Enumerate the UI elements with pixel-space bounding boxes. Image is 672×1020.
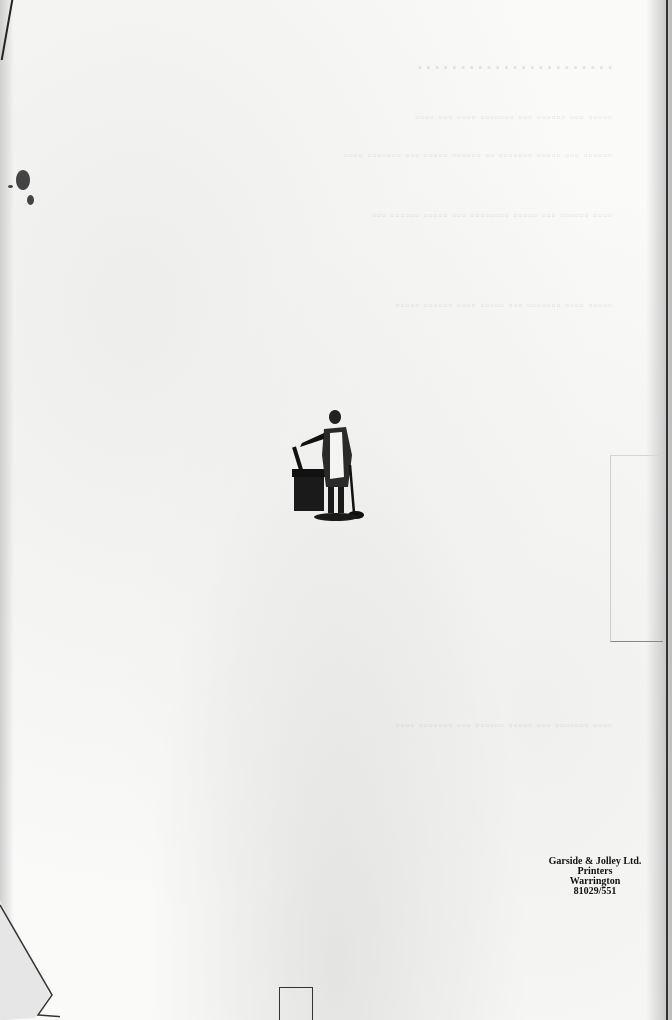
ink-stain [27,195,34,205]
left-edge-shadow [0,0,14,1020]
bleed-through-text: ▫▫▫▫▫▫ ▫▫▫ ▫▫▫▫▫ ▫▫▫▫▫▫▫ ▫▫ ▫▫▫▫▫▫ ▫▫▫▫▫… [60,150,612,162]
bleed-through-text: ▫▫▫▫ ▫▫▫▫▫▫▫ ▫▫▫ ▫▫▫▫▫ ▫▫▫▫▫▫ ▫▫▫ ▫▫▫▫▫▫… [60,720,612,732]
bleed-through-text: ▫▫▫▫ ▫▫▫▫▫▫ ▫▫▫ ▫▫▫▫▫ ▫▫▫▫▫▫▫▫ ▫▫▫ ▫▫▫▫▫… [60,210,612,222]
bottom-left-corner-fold [0,900,60,1020]
ink-stain [8,185,13,188]
ink-stain [16,170,30,190]
bleed-through-text: ▫▫▫▫▫ ▫▫▫▫ ▫▫▫▫▫▫▫ ▫▫▫ ▫▫▫▫▫ ▫▫▫▫ ▫▫▫▫▫▫… [60,300,612,312]
blacksmith-illustration [288,405,372,525]
print-job-number: 81029/551 [520,887,670,897]
bleed-through-text: ▫▫▫▫▫ ▫▫▫ ▫▫▫▫▫▫ ▫▫▫ ▫▫▫▫▫▫▫ ▫▫▫▫ ▫▫▫ ▫▫… [60,112,612,124]
printer-imprint: Garside & Jolley Ltd. Printers Warringto… [520,857,670,897]
right-fold-crease [610,455,663,642]
scanned-page: ▪ ▪ ▪ ▪ ▪ ▪ ▪ ▪ ▪ ▪ ▪ ▪ ▪ ▪ ▪ ▪ ▪ ▪ ▪ ▪ … [0,0,672,1020]
bottom-tab-mark [279,987,313,1020]
bleed-through-text: ▪ ▪ ▪ ▪ ▪ ▪ ▪ ▪ ▪ ▪ ▪ ▪ ▪ ▪ ▪ ▪ ▪ ▪ ▪ ▪ … [60,62,612,74]
